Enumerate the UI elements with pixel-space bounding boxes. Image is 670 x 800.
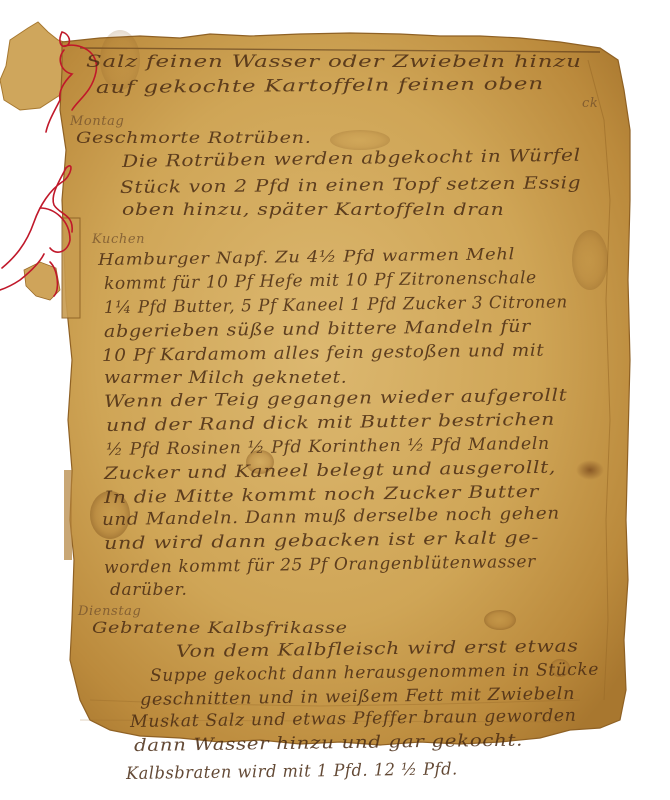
text-line: warmer Milch geknetet. bbox=[104, 368, 347, 388]
manuscript-photo: Salz feinen Wasser oder Zwiebeln hinzu a… bbox=[0, 0, 670, 800]
text-line: auf gekochte Kartoffeln feinen oben bbox=[96, 74, 544, 98]
recipe-heading: Geschmorte Rotrüben. bbox=[76, 128, 312, 147]
text-line: Zucker und Kaneel belegt und ausgerollt, bbox=[104, 458, 556, 484]
text-line: dann Wasser hinzu und gar gekocht. bbox=[134, 731, 523, 756]
text-line: und der Rand dick mit Butter bestrichen bbox=[106, 410, 555, 436]
recipe-heading: Gebratene Kalbsfrikasse bbox=[92, 618, 348, 637]
text-line: und wird dann gebacken ist er kalt ge- bbox=[104, 528, 539, 554]
handwritten-text: Salz feinen Wasser oder Zwiebeln hinzu a… bbox=[0, 0, 670, 800]
text-line: 1¼ Pfd Butter, 5 Pf Kaneel 1 Pfd Zucker … bbox=[104, 292, 568, 318]
text-line: und Mandeln. Dann muß derselbe noch gehe… bbox=[102, 504, 560, 530]
text-line: abgerieben süße und bittere Mandeln für bbox=[104, 317, 531, 342]
margin-note: Kuchen bbox=[92, 232, 145, 247]
text-line: darüber. bbox=[110, 580, 188, 600]
text-line: Suppe gekocht dann herausgenommen in Stü… bbox=[150, 660, 599, 686]
text-line: worden kommt für 25 Pf Orangenblütenwass… bbox=[104, 552, 536, 578]
recipe-heading: Hamburger Napf. Zu 4½ Pfd warmen Mehl bbox=[98, 244, 515, 269]
margin-note: Montag bbox=[70, 114, 124, 129]
text-line: ½ Pfd Rosinen ½ Pfd Korinthen ½ Pfd Mand… bbox=[106, 434, 550, 460]
text-line: Die Rotrüben werden abgekocht in Würfel bbox=[122, 146, 581, 172]
text-line: Muskat Salz und etwas Pfeffer braun gewo… bbox=[130, 706, 577, 732]
text-line: Von dem Kalbfleisch wird erst etwas bbox=[176, 636, 579, 662]
text-line: Kalbsbraten wird mit 1 Pfd. 12 ½ Pfd. bbox=[126, 759, 458, 784]
text-line: Wenn der Teig gegangen wieder aufgerollt bbox=[104, 386, 568, 412]
text-line: Stück von 2 Pfd in einen Topf setzen Ess… bbox=[120, 173, 581, 198]
text-line: kommt für 10 Pf Hefe mit 10 Pf Zitronens… bbox=[104, 268, 537, 294]
margin-note-right: ck bbox=[582, 96, 598, 111]
text-line: Salz feinen Wasser oder Zwiebeln hinzu bbox=[86, 52, 582, 72]
margin-note: Dienstag bbox=[78, 604, 141, 619]
text-line: 10 Pf Kardamom alles fein gestoßen und m… bbox=[102, 341, 545, 366]
text-line: oben hinzu, später Kartoffeln dran bbox=[122, 200, 504, 220]
